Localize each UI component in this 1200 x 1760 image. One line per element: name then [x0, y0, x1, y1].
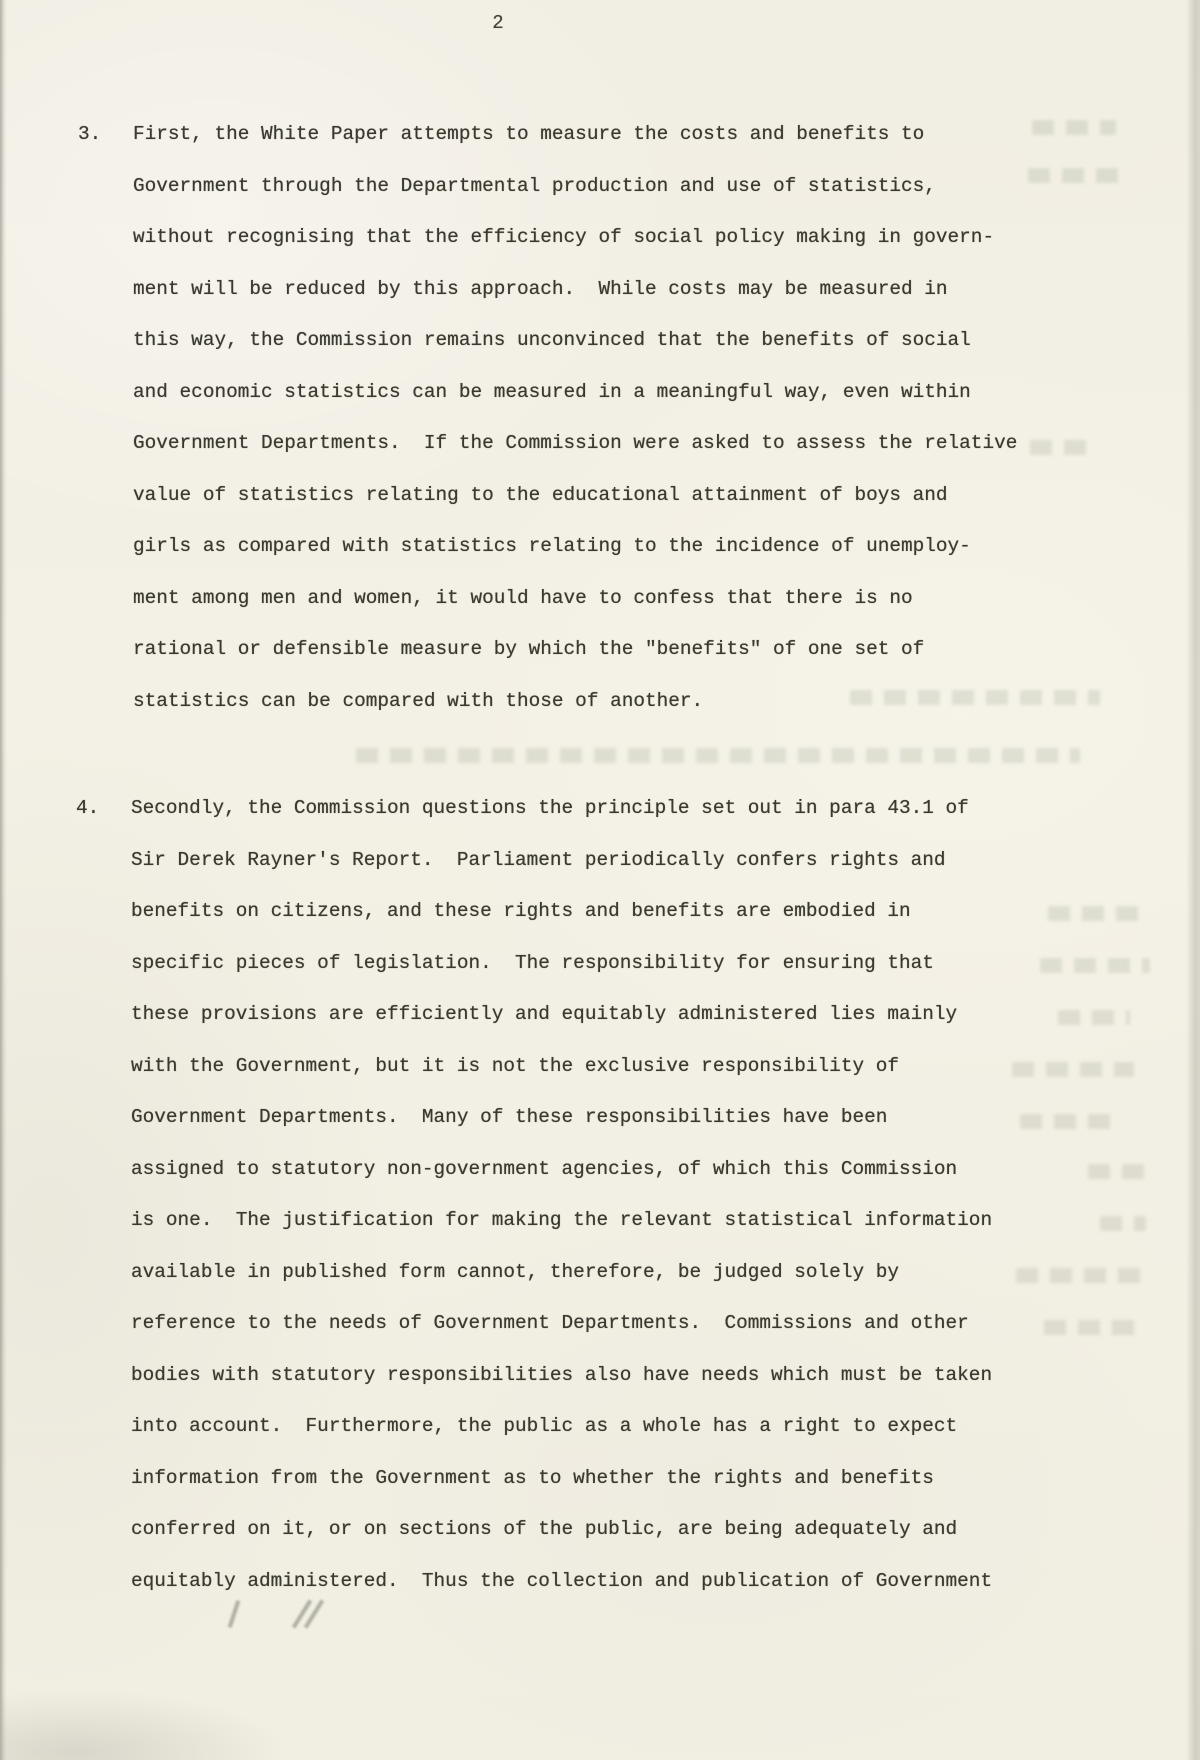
- text-line: Sir Derek Rayner's Report. Parliament pe…: [131, 835, 992, 887]
- text-line: without recognising that the efficiency …: [133, 212, 1017, 264]
- bleed-through-artifact: [1044, 1320, 1144, 1335]
- scan-shadow: [0, 1610, 420, 1760]
- text-line: this way, the Commission remains unconvi…: [133, 315, 1017, 367]
- bleed-through-artifact: [1028, 168, 1120, 183]
- paragraph-number: 4.: [76, 783, 131, 835]
- text-line: bodies with statutory responsibilities a…: [131, 1350, 992, 1402]
- text-line: specific pieces of legislation. The resp…: [131, 938, 992, 990]
- text-line: First, the White Paper attempts to measu…: [133, 109, 1017, 161]
- text-line: reference to the needs of Government Dep…: [131, 1298, 992, 1350]
- bleed-through-artifact: [356, 748, 1080, 763]
- scan-edge-right: [1186, 0, 1200, 1760]
- text-line: assigned to statutory non-government age…: [131, 1144, 992, 1196]
- text-line: and economic statistics can be measured …: [133, 367, 1017, 419]
- text-line: equitably administered. Thus the collect…: [131, 1556, 992, 1608]
- text-line: Government through the Departmental prod…: [133, 161, 1017, 213]
- paragraph-lines: Secondly, the Commission questions the p…: [131, 783, 992, 1607]
- bleed-through-artifact: [850, 690, 1100, 705]
- text-line: ment among men and women, it would have …: [133, 573, 1017, 625]
- text-line: is one. The justification for making the…: [131, 1195, 992, 1247]
- text-line: these provisions are efficiently and equ…: [131, 989, 992, 1041]
- text-line: information from the Government as to wh…: [131, 1453, 992, 1505]
- text-line: available in published form cannot, ther…: [131, 1247, 992, 1299]
- scanned-document-page: 2 3. First, the White Paper attempts to …: [0, 0, 1200, 1760]
- text-line: benefits on citizens, and these rights a…: [131, 886, 992, 938]
- text-line: Secondly, the Commission questions the p…: [131, 783, 992, 835]
- paragraph-4: 4. Secondly, the Commission questions th…: [76, 783, 992, 1607]
- text-line: girls as compared with statistics relati…: [133, 521, 1017, 573]
- bleed-through-artifact: [1012, 1062, 1134, 1077]
- bleed-through-artifact: [1040, 958, 1150, 973]
- bleed-through-artifact: [1058, 1010, 1130, 1025]
- text-line: Government Departments. Many of these re…: [131, 1092, 992, 1144]
- text-line: ment will be reduced by this approach. W…: [133, 264, 1017, 316]
- bleed-through-artifact: [1088, 1164, 1146, 1179]
- text-line: value of statistics relating to the educ…: [133, 470, 1017, 522]
- bleed-through-artifact: [1032, 120, 1116, 135]
- bleed-through-artifact: [1100, 1216, 1146, 1231]
- paragraph-lines: First, the White Paper attempts to measu…: [133, 109, 1017, 727]
- text-line: Government Departments. If the Commissio…: [133, 418, 1017, 470]
- text-line: conferred on it, or on sections of the p…: [131, 1504, 992, 1556]
- text-line: rational or defensible measure by which …: [133, 624, 1017, 676]
- scan-edge-left: [0, 0, 7, 1760]
- bleed-through-artifact: [1048, 906, 1148, 921]
- bleed-through-artifact: [1030, 440, 1088, 455]
- text-line: into account. Furthermore, the public as…: [131, 1401, 992, 1453]
- bleed-through-artifact: [1020, 1114, 1116, 1129]
- text-line: with the Government, but it is not the e…: [131, 1041, 992, 1093]
- paragraph-3: 3. First, the White Paper attempts to me…: [78, 109, 1017, 727]
- bleed-through-artifact: [1016, 1268, 1146, 1283]
- page-number: 2: [483, 12, 513, 34]
- paragraph-number: 3.: [78, 109, 133, 161]
